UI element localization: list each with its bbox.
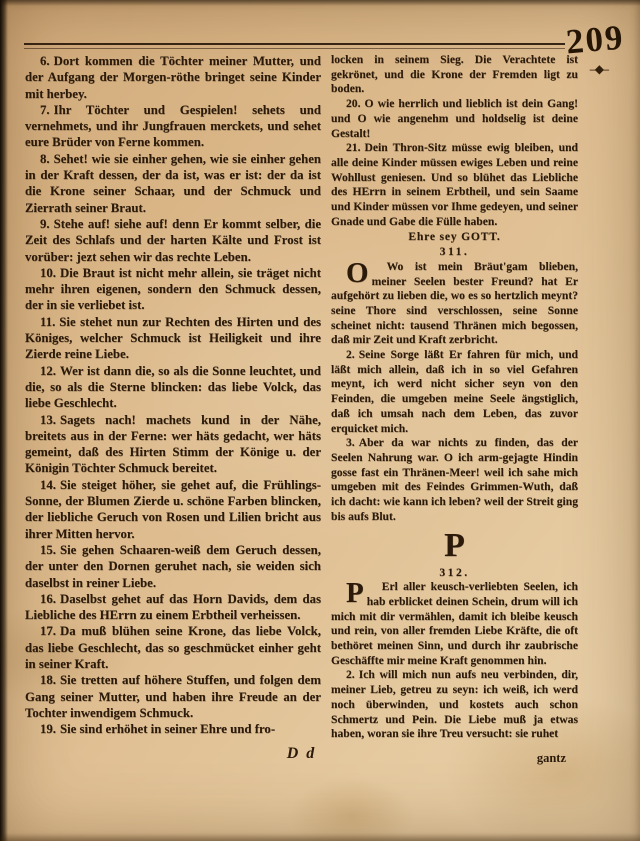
verse-paragraph: 6.Dort kommen die Töchter meiner Mutter,… — [25, 53, 321, 102]
verse-number: 17. — [40, 624, 56, 638]
verse-number: 15. — [40, 543, 56, 557]
verse-paragraph: 16.Daselbst gehet auf das Horn Davids, d… — [25, 591, 321, 624]
verse-text: Sagets nach! machets kund in der Nähe, b… — [25, 413, 321, 476]
verse-number: 2. — [346, 668, 355, 681]
page-left-edge-shadow — [0, 0, 8, 841]
verse-paragraph: OWo ist mein Bräut'gam blieben, meiner S… — [331, 260, 578, 348]
verse-text: Sie sind erhöhet in seiner Ehre und fro- — [60, 722, 275, 736]
book-page-scan: 209 –◆– 6.Dort kommen die Töchter meiner… — [0, 0, 640, 841]
verse-paragraph: 3.Aber da war nichts zu finden, das der … — [331, 436, 578, 524]
verse-text: Aber da war nichts zu finden, das der Se… — [331, 436, 578, 523]
verse-number: 21. — [346, 141, 361, 154]
verse-text: Seine Sorge läßt Er fahren für mich, und… — [331, 348, 578, 435]
verse-text: Da muß blühen seine Krone, das liebe Vol… — [25, 624, 321, 671]
verse-paragraph: 18.Sie tretten auf höhere Stuffen, und f… — [25, 672, 321, 721]
drop-cap: P — [331, 580, 367, 606]
verse-number: 11. — [40, 315, 55, 329]
verse-text: Dein Thron-Sitz müsse ewig bleiben, und … — [331, 141, 578, 228]
verse-number: 6. — [40, 54, 50, 68]
verse-paragraph: 9.Stehe auf! siehe auf! denn Er kommt se… — [25, 216, 321, 265]
verse-text: Sie steiget höher, sie gehet auf, die Fr… — [25, 478, 321, 541]
left-text-column: 6.Dort kommen die Töchter meiner Mutter,… — [25, 53, 321, 737]
hymn-number-312: 312. — [331, 566, 578, 581]
hymn-311-verses: OWo ist mein Bräut'gam blieben, meiner S… — [331, 260, 578, 525]
verse-number: 8. — [40, 152, 50, 166]
verse-paragraph: 19.Sie sind erhöhet in seiner Ehre und f… — [25, 721, 321, 737]
verse-paragraph: 12.Wer ist dann die, so als die Sonne le… — [25, 363, 321, 412]
verse-text: O wie herrlich und lieblich ist dein Gan… — [331, 97, 578, 139]
verse-number: 19. — [40, 722, 56, 736]
verse-text: Daselbst gehet auf das Horn Davids, dem … — [25, 592, 321, 622]
verse-number: 18. — [40, 673, 56, 687]
verse-paragraph: 8.Sehet! wie sie einher gehen, wie sie e… — [25, 151, 321, 216]
verse-number: 10. — [40, 266, 56, 280]
verse-number: 14. — [40, 478, 56, 492]
verse-paragraph: 11.Sie stehet nun zur Rechten des Hirten… — [25, 314, 321, 363]
verse-text: Erl aller keusch-verliebten Seelen, ich … — [331, 580, 578, 667]
verse-text: Ihr Töchter und Gespielen! sehets und ve… — [25, 103, 321, 150]
verse-paragraph: 7.Ihr Töchter und Gespielen! sehets und … — [25, 102, 321, 151]
continuation-paragraph: locken in seinem Sieg. Die Verachtete is… — [331, 53, 578, 97]
verse-text: Sie gehen Schaaren-weiß dem Geruch desse… — [25, 543, 321, 590]
section-letter-ornament: P — [331, 526, 578, 566]
fleuron-ornament-icon: –◆– — [590, 62, 608, 77]
verse-text: Stehe auf! siehe auf! denn Er kommt selb… — [25, 217, 321, 264]
verse-text: Ich will mich nun aufs neu verbinden, di… — [331, 668, 578, 740]
verse-paragraph: 14.Sie steiget höher, sie gehet auf, die… — [25, 477, 321, 542]
catchword: gantz — [466, 751, 566, 766]
verse-paragraph: 10.Die Braut ist nicht mehr allein, sie … — [25, 265, 321, 314]
verse-number: 12. — [40, 364, 56, 378]
doxology-line: Ehre sey GOTT. — [331, 230, 578, 245]
verse-number: 16. — [40, 592, 56, 606]
drop-cap: O — [331, 260, 372, 286]
verse-paragraph: 21.Dein Thron-Sitz müsse ewig bleiben, u… — [331, 141, 578, 229]
right-column-verses: 20.O wie herrlich und lieblich ist dein … — [331, 97, 578, 229]
verse-number: 9. — [40, 217, 50, 231]
right-text-column: locken in seinem Sieg. Die Verachtete is… — [331, 53, 578, 742]
verse-paragraph: 2.Ich will mich nun aufs neu verbinden, … — [331, 668, 578, 742]
verse-text: Die Braut ist nicht mehr allein, sie trä… — [25, 266, 321, 313]
verse-paragraph: 13.Sagets nach! machets kund in der Nähe… — [25, 412, 321, 477]
verse-number: 7. — [40, 103, 50, 117]
verse-text: Sehet! wie sie einher gehen, wie sie ein… — [25, 152, 321, 215]
header-rule — [24, 43, 565, 49]
verse-number: 3. — [346, 436, 355, 449]
verse-text: Sie stehet nun zur Rechten des Hirten un… — [25, 315, 321, 362]
verse-text: Dort kommen die Töchter meiner Mutter, u… — [25, 54, 321, 101]
verse-paragraph: 15.Sie gehen Schaaren-weiß dem Geruch de… — [25, 542, 321, 591]
verse-paragraph: 2.Seine Sorge läßt Er fahren für mich, u… — [331, 348, 578, 436]
verse-paragraph: 17.Da muß blühen seine Krone, das liebe … — [25, 623, 321, 672]
page-top-edge-shadow — [0, 0, 640, 6]
page-bottom-edge-shadow — [0, 833, 640, 841]
verse-text: Wer ist dann die, so als die Sonne leuch… — [25, 364, 321, 411]
verse-text: Sie tretten auf höhere Stuffen, und folg… — [25, 673, 321, 720]
verse-paragraph: 20.O wie herrlich und lieblich ist dein … — [331, 97, 578, 141]
left-column-verses: 6.Dort kommen die Töchter meiner Mutter,… — [25, 53, 321, 737]
verse-paragraph: PErl aller keusch-verliebten Seelen, ich… — [331, 580, 578, 668]
verse-number: 13. — [40, 413, 56, 427]
verse-number: 20. — [346, 97, 361, 110]
verse-number: 2. — [346, 348, 355, 361]
hymn-312-verses: PErl aller keusch-verliebten Seelen, ich… — [331, 580, 578, 742]
